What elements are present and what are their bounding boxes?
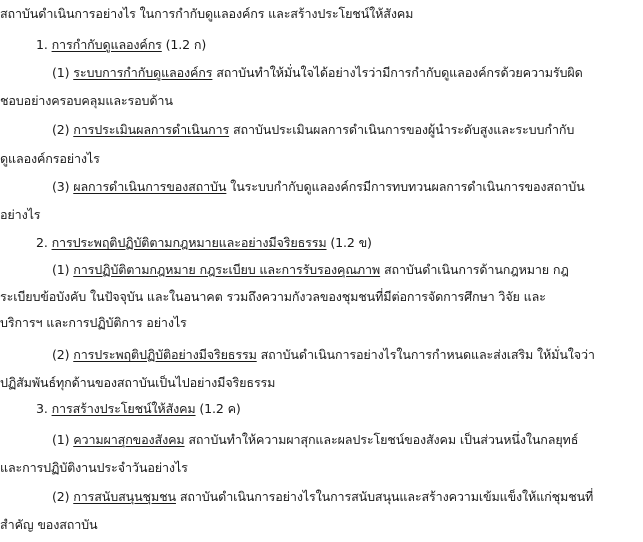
section-3-heading: 3. การสร้างประโยชน์ให้สังคม (1.2 ค)	[36, 400, 241, 418]
item-2-1-line2: ระเบียบข้อบังคับ ในปัจจุบัน และในอนาคต ร…	[0, 288, 546, 306]
item-text: สถาบันดำเนินการอย่างไรในการกำหนดและส่งเส…	[261, 347, 595, 362]
section-2-heading: 2. การประพฤติปฏิบัติตามกฎหมายและอย่างมีจ…	[36, 234, 372, 252]
item-number: (3)	[52, 179, 69, 194]
item-text: ดูแลองค์กรอย่างไร	[0, 151, 100, 166]
item-title: การประเมินผลการดำเนินการ	[73, 122, 229, 137]
item-text: อย่างไร	[0, 207, 40, 222]
section-number: 1.	[36, 37, 48, 52]
item-2-2-line2: ปฏิสัมพันธ์ทุกด้านของสถาบันเป็นไปอย่างมี…	[0, 374, 275, 392]
item-title: ระบบการกำกับดูแลองค์กร	[73, 65, 212, 80]
item-title: การปฏิบัติตามกฎหมาย กฎระเบียบ และการรับร…	[73, 262, 380, 277]
section-ref: (1.2 ค)	[199, 401, 240, 416]
section-title: การกำกับดูแลองค์กร	[52, 37, 162, 52]
item-2-1-line3: บริการฯ และการปฏิบัติการ อย่างไร	[0, 314, 187, 332]
section-ref: (1.2 ก)	[166, 37, 206, 52]
item-title: ผลการดำเนินการของสถาบัน	[73, 179, 226, 194]
item-text: สถาบันดำเนินการด้านกฎหมาย กฎ	[384, 262, 569, 277]
item-2-2-line1: (2) การประพฤติปฏิบัติอย่างมีจริยธรรม สถา…	[52, 346, 595, 364]
section-1-heading: 1. การกำกับดูแลองค์กร (1.2 ก)	[36, 36, 206, 54]
item-number: (1)	[52, 262, 69, 277]
section-number: 2.	[36, 235, 48, 250]
item-3-2-line1: (2) การสนับสนุนชุมชน สถาบันดำเนินการอย่า…	[52, 488, 593, 506]
intro-text: สถาบันดำเนินการอย่างไร ในการกำกับดูแลองค…	[0, 6, 413, 21]
item-title: การประพฤติปฏิบัติอย่างมีจริยธรรม	[73, 347, 256, 362]
item-text: สถาบันทำให้ความผาสุกและผลประโยชน์ของสังค…	[188, 432, 578, 447]
item-number: (1)	[52, 432, 69, 447]
item-text: บริการฯ และการปฏิบัติการ อย่างไร	[0, 315, 187, 330]
item-title: ความผาสุกของสังคม	[73, 432, 184, 447]
section-number: 3.	[36, 401, 48, 416]
section-title: การสร้างประโยชน์ให้สังคม	[52, 401, 196, 416]
item-text: ชอบอย่างครอบคลุมและรอบด้าน	[0, 93, 173, 108]
item-text: สำคัญ ของสถาบัน	[0, 517, 97, 532]
item-2-1-line1: (1) การปฏิบัติตามกฎหมาย กฎระเบียบ และการ…	[52, 261, 569, 279]
item-number: (2)	[52, 347, 69, 362]
item-1-2-line2: ดูแลองค์กรอย่างไร	[0, 150, 100, 168]
item-text: ระเบียบข้อบังคับ ในปัจจุบัน และในอนาคต ร…	[0, 289, 546, 304]
item-1-3-line1: (3) ผลการดำเนินการของสถาบัน ในระบบกำกับด…	[52, 178, 585, 196]
item-title: การสนับสนุนชุมชน	[73, 489, 176, 504]
item-3-2-line2: สำคัญ ของสถาบัน	[0, 516, 97, 534]
item-text: ในระบบกำกับดูแลองค์กรมีการทบทวนผลการดำเน…	[230, 179, 584, 194]
item-3-1-line2: และการปฏิบัติงานประจำวันอย่างไร	[0, 459, 188, 477]
item-text: และการปฏิบัติงานประจำวันอย่างไร	[0, 460, 188, 475]
item-number: (2)	[52, 122, 69, 137]
item-number: (2)	[52, 489, 69, 504]
section-title: การประพฤติปฏิบัติตามกฎหมายและอย่างมีจริย…	[52, 235, 327, 250]
item-text: สถาบันทำให้มั่นใจได้อย่างไรว่ามีการกำกับ…	[216, 65, 582, 80]
item-1-1-line2: ชอบอย่างครอบคลุมและรอบด้าน	[0, 92, 173, 110]
item-3-1-line1: (1) ความผาสุกของสังคม สถาบันทำให้ความผาส…	[52, 431, 578, 449]
item-1-1-line1: (1) ระบบการกำกับดูแลองค์กร สถาบันทำให้มั…	[52, 64, 632, 82]
item-text: สถาบันดำเนินการอย่างไรในการสนับสนุนและสร…	[180, 489, 593, 504]
section-ref: (1.2 ข)	[330, 235, 371, 250]
item-1-2-line1: (2) การประเมินผลการดำเนินการ สถาบันประเม…	[52, 121, 574, 139]
item-text: ปฏิสัมพันธ์ทุกด้านของสถาบันเป็นไปอย่างมี…	[0, 375, 275, 390]
item-1-3-line2: อย่างไร	[0, 206, 40, 224]
intro-question: สถาบันดำเนินการอย่างไร ในการกำกับดูแลองค…	[0, 5, 413, 23]
item-number: (1)	[52, 65, 69, 80]
item-text: สถาบันประเมินผลการดำเนินการของผู้นำระดับ…	[233, 122, 574, 137]
